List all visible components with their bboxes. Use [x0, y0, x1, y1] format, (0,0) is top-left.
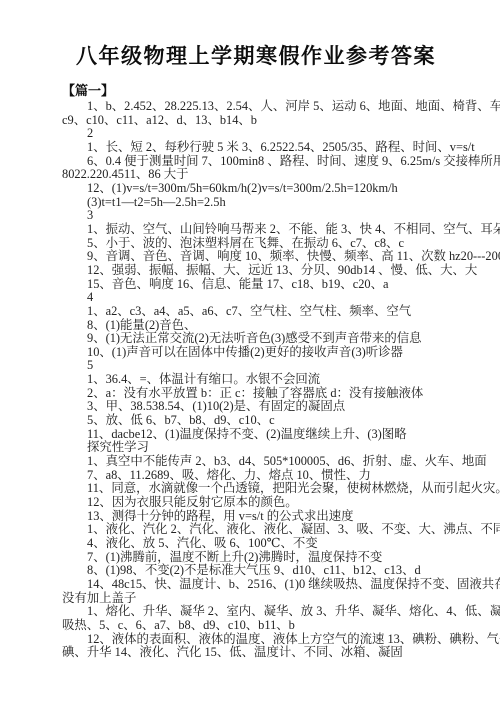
document-page: 八年级物理上学期寒假作业参考答案 【篇一】 1、b、2.452、28.225.1… [0, 0, 500, 707]
document-line: 1、长、短 2、每秒行驶 5 米 3、6.2522.54、2505/35、路程、… [62, 141, 450, 155]
section-label: 【篇一】 [62, 83, 450, 98]
document-line: 4、液化、放 5、汽化、吸 6、100℃、不变 [62, 537, 450, 551]
document-line: 1、熔化、升华、凝华 2、室内、凝华、放 3、升华、凝华、熔化、4、低、凝华、熔… [62, 605, 450, 619]
document-line: 1、液化、汽化 2、汽化、液化、液化、凝固、3、吸、不变、大、沸点、不同、增大 [62, 523, 450, 537]
document-line: 4 [62, 291, 450, 305]
document-line: 吸热、5、c、6、a7、b8、d9、c10、b11、b [62, 619, 450, 633]
document-line: 12、强弱、振幅、振幅、大、远近 13、分贝、90db14 、慢、低、大、大 [62, 264, 450, 278]
document-line: 2 [62, 127, 450, 141]
document-line: 3、甲、38.538.54、(1)10(2)是、有固定的凝固点 [62, 400, 450, 414]
document-line: 5、放、低 6、b7、b8、d9、c10、c [62, 414, 450, 428]
document-line: 1、真空中不能传声 2、b3、d4、505*100005、d6、折射、虚、火车、… [62, 455, 450, 469]
document-line: 8、(1)98、不变(2)不是标准大气压 9、d10、c11、b12、c13、d [62, 564, 450, 578]
document-line: 探究性学习 [62, 441, 450, 455]
document-line: 1、a2、c3、a4、a5、a6、c7、空气柱、空气柱、频率、空气 [62, 305, 450, 319]
document-line: 碘、升华 14、液化、汽化 15、低、温度计、不同、冰箱、凝固 [62, 646, 450, 660]
document-line: 10、(1)声音可以在固体中传播(2)更好的接收声音(3)听诊器 [62, 346, 450, 360]
document-line: 1、振动、空气、山间铃响马帮来 2、不能、能 3、快 4、不相同、空气、耳朵 [62, 223, 450, 237]
document-line: 8022.220.4511、86 大于 [62, 168, 450, 182]
document-line: c9、c10、c11、a12、d、13、b14、b [62, 114, 450, 128]
document-line: 9、(1)无法正常交流(2)无法听音色(3)感受不到声音带来的信息 [62, 332, 450, 346]
document-title: 八年级物理上学期寒假作业参考答案 [62, 44, 450, 70]
document-line: 12、因为衣服只能反射它原本的颜色。 [62, 496, 450, 510]
document-line: 3 [62, 209, 450, 223]
document-line: 1、b、2.452、28.225.13、2.54、人、河岸 5、运动 6、地面、… [62, 100, 450, 114]
document-line: 1、36.4、=、体温计有缩口。水银不会回流 [62, 373, 450, 387]
document-body: 1、b、2.452、28.225.13、2.54、人、河岸 5、运动 6、地面、… [62, 100, 450, 660]
document-line: 12、(1)v=s/t=300m/5h=60km/h(2)v=s/t=300m/… [62, 182, 450, 196]
document-line: (3)t=t1—t2=5h—2.5h=2.5h [62, 196, 450, 210]
document-line: 11、同意，水滴就像一个凸透镜，把阳光会聚，使树林燃烧，从而引起火灾。 [62, 482, 450, 496]
document-line: 15、音色、响度 16、信息、能量 17、c18、b19、c20、a [62, 278, 450, 292]
document-line: 14、48c15、快、温度计、b、2516、(1)0 继续吸热、温度保持不变、固… [62, 578, 450, 592]
document-line: 9、音调、音色、音调、响度 10、频率、快慢、频率、高 11、次数 hz20--… [62, 250, 450, 264]
